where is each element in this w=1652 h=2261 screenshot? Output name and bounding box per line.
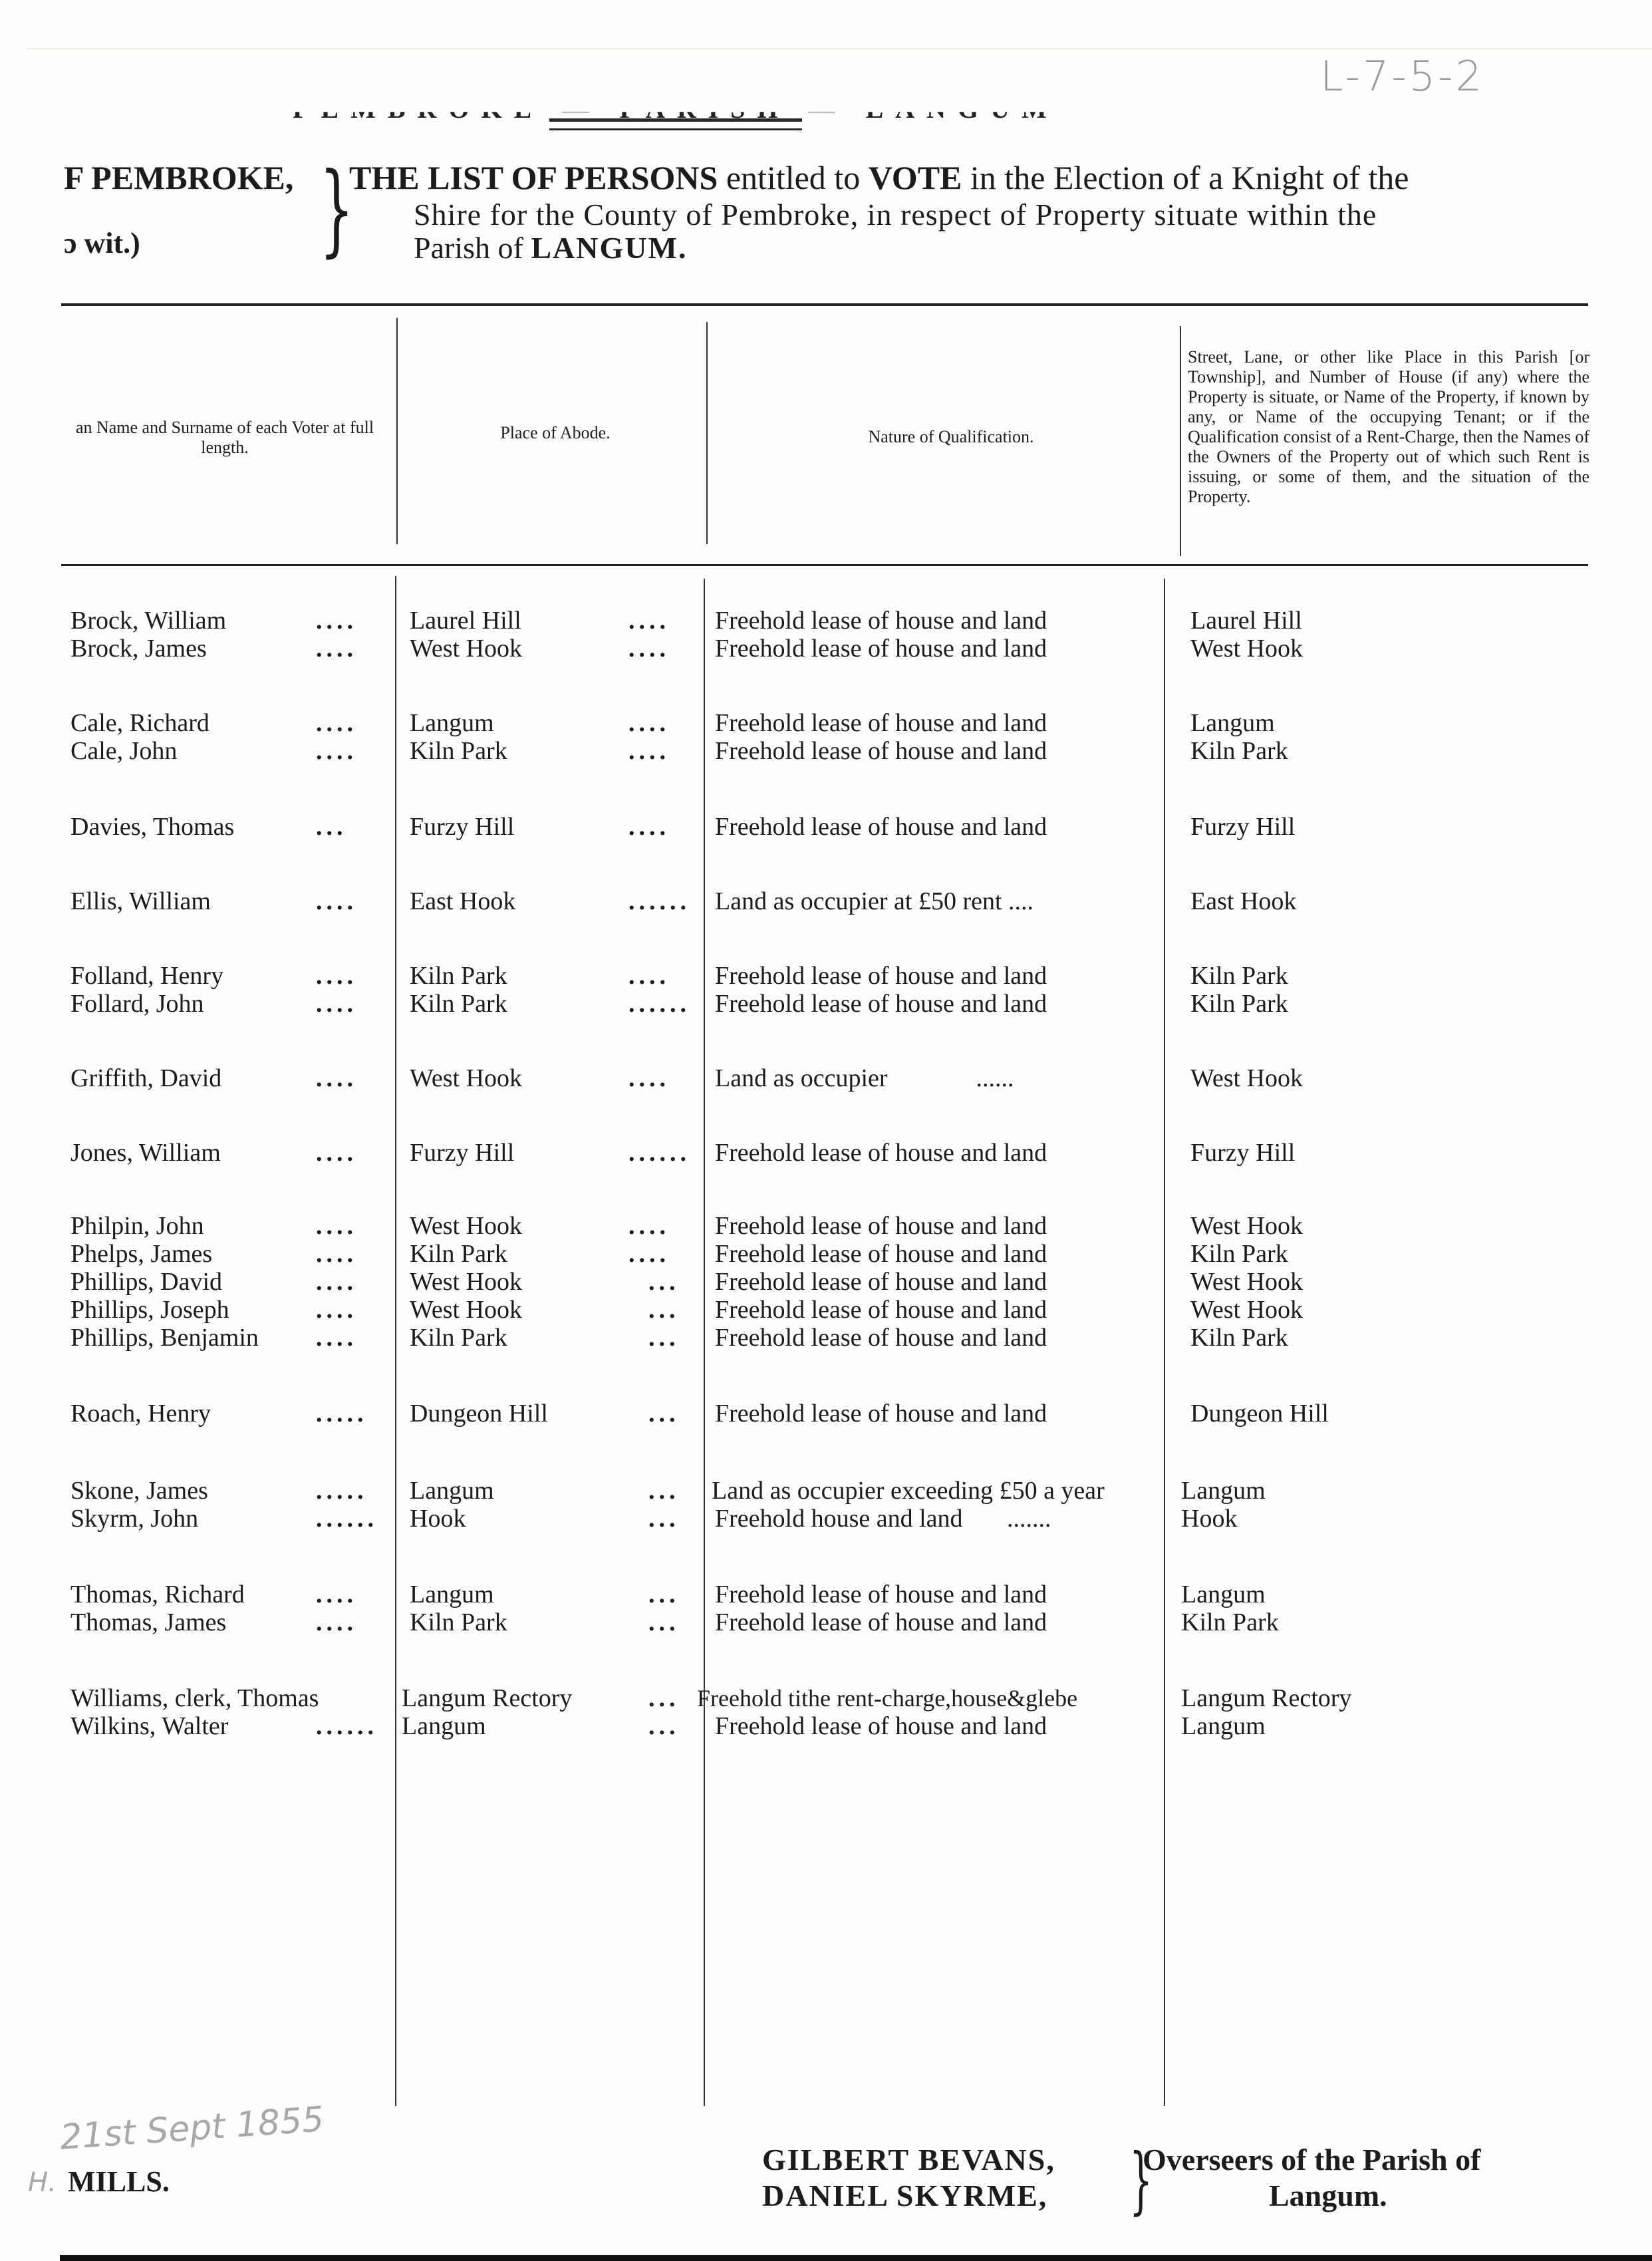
voter-name: Cale, John <box>70 737 177 765</box>
leader-dots: ... <box>648 1684 680 1712</box>
voter-property-place: West Hook <box>1190 1212 1303 1240</box>
leader-dots: ... <box>648 1400 680 1428</box>
leader-dots: .... <box>316 1608 357 1636</box>
voter-abode: Kiln Park <box>410 1608 507 1636</box>
leader-dots: ...... <box>316 1712 378 1740</box>
voter-abode: Hook <box>410 1505 466 1533</box>
voter-qualification: Freehold lease of house and land <box>715 1139 1047 1167</box>
voter-abode: West Hook <box>410 1064 522 1092</box>
voter-property-place: Kiln Park <box>1181 1608 1279 1636</box>
voter-property-place: Kiln Park <box>1190 1324 1288 1352</box>
voter-property-place: Kiln Park <box>1190 990 1288 1018</box>
voter-abode: West Hook <box>410 1268 522 1296</box>
leader-dots: ..... <box>316 1400 368 1428</box>
leader-dots: .... <box>628 709 670 737</box>
clerk-signature: MILLS. <box>68 2165 170 2198</box>
county-label: F PEMBROKE, <box>64 158 293 197</box>
voter-qualification: Freehold lease of house and land <box>715 607 1047 635</box>
leader-dots: ...... <box>628 1139 690 1167</box>
voter-abode: Laurel Hill <box>410 607 521 635</box>
column-header-name: an Name and Surname of each Voter at ful… <box>59 418 391 458</box>
voter-qualification: Freehold lease of house and land <box>715 635 1047 663</box>
leader-dots: .... <box>316 737 357 765</box>
pencil-date-annotation: 21st Sept 1855 <box>59 2099 325 2158</box>
voter-qualification: Freehold lease of house and land <box>715 737 1047 765</box>
voter-name: Davies, Thomas <box>70 813 234 841</box>
leader-dots: .... <box>316 1268 357 1296</box>
voter-name: Follard, John <box>70 990 204 1018</box>
leader-dots: .... <box>628 1064 670 1092</box>
leader-dots: .... <box>628 1212 670 1240</box>
voter-property-place: West Hook <box>1190 635 1303 663</box>
column-divider <box>1164 579 1165 2106</box>
leader-dots: .... <box>628 607 670 635</box>
voter-name: Skone, James <box>70 1477 208 1505</box>
column-divider <box>1180 326 1181 556</box>
voter-name: Thomas, Richard <box>70 1581 245 1608</box>
voter-property-place: Kiln Park <box>1190 962 1288 990</box>
column-divider <box>706 322 708 544</box>
leader-dots: .... <box>316 1064 357 1092</box>
voter-property-place: Dungeon Hill <box>1190 1400 1329 1428</box>
voter-qualification: Freehold lease of house and land <box>715 1712 1047 1740</box>
leader-dots: ... <box>648 1324 680 1352</box>
voter-abode: Kiln Park <box>410 1324 507 1352</box>
voter-property-place: Furzy Hill <box>1190 813 1295 841</box>
double-rule <box>549 118 802 130</box>
voter-name: Griffith, David <box>70 1064 221 1092</box>
voter-name: Thomas, James <box>70 1608 226 1636</box>
voter-property-place: Langum <box>1181 1712 1266 1740</box>
leader-dots: ..... <box>316 1477 368 1505</box>
title-line-1: THE LIST OF PERSONS entitled to VOTE in … <box>349 158 1409 197</box>
voter-property-place: Kiln Park <box>1190 737 1288 765</box>
leader-dots: ... <box>648 1477 680 1505</box>
leader-dots: .... <box>316 607 357 635</box>
leader-dots: ...... <box>316 1505 378 1533</box>
voter-name: Roach, Henry <box>70 1400 211 1428</box>
voter-abode: Langum <box>410 1477 494 1505</box>
voter-abode: West Hook <box>410 1296 522 1324</box>
leader-dots: ... <box>648 1296 680 1324</box>
leader-dots: .... <box>628 635 670 663</box>
voter-name: Brock, James <box>70 635 207 663</box>
voter-property-place: Furzy Hill <box>1190 1139 1295 1167</box>
voter-qualification: Freehold lease of house and land <box>715 1608 1047 1636</box>
voter-property-place: East Hook <box>1190 887 1296 915</box>
leader-dots: ... <box>648 1712 680 1740</box>
voter-name: Phillips, David <box>70 1268 222 1296</box>
column-header-qualification: Nature of Qualification. <box>758 427 1144 447</box>
voter-qualification: Freehold tithe rent-charge,house&glebe <box>697 1684 1077 1712</box>
voter-abode: Kiln Park <box>410 1240 507 1268</box>
title-vote: VOTE <box>869 159 962 196</box>
voter-name: Folland, Henry <box>70 962 223 990</box>
leader-dots: .... <box>316 1240 357 1268</box>
voter-qualification: Freehold lease of house and land <box>715 1400 1047 1428</box>
leader-dots: .... <box>628 962 670 990</box>
voter-abode: West Hook <box>410 635 522 663</box>
voter-property-place: Langum <box>1181 1581 1266 1608</box>
voter-abode: Dungeon Hill <box>410 1400 548 1428</box>
leader-dots: .... <box>316 1139 357 1167</box>
voter-qualification: Freehold lease of house and land <box>715 962 1047 990</box>
voter-property-place: Langum Rectory <box>1181 1684 1351 1712</box>
voter-qualification: Freehold lease of house and land <box>715 1240 1047 1268</box>
voter-qualification: Freehold lease of house and land <box>715 813 1047 841</box>
column-divider <box>395 576 396 2106</box>
archive-reference: L-7-5-2 <box>1320 52 1484 100</box>
voter-property-place: West Hook <box>1190 1296 1303 1324</box>
leader-dots: .... <box>316 887 357 915</box>
voter-name: Philpin, John <box>70 1212 204 1240</box>
column-divider <box>396 318 398 544</box>
page-edge <box>27 48 1652 49</box>
voter-qualification: Freehold lease of house and land <box>715 1324 1047 1352</box>
voter-name: Skyrm, John <box>70 1505 198 1533</box>
leader-dots: ...... <box>628 990 690 1018</box>
title-entitled: entitled to <box>718 159 868 196</box>
bottom-edge-bar <box>60 2255 1652 2261</box>
pencil-initial-annotation: H. <box>28 2167 57 2198</box>
voter-qualification: Land as occupier at £50 rent .... <box>715 887 1033 915</box>
voter-property-place: Hook <box>1181 1505 1237 1533</box>
voter-abode: Langum <box>402 1712 486 1740</box>
leader-dots: .... <box>316 1296 357 1324</box>
voter-abode: Furzy Hill <box>410 813 514 841</box>
leader-dots: .... <box>316 1581 357 1608</box>
voter-qualification: Freehold lease of house and land <box>715 1268 1047 1296</box>
leader-dots: .... <box>316 635 357 663</box>
voter-abode: Langum <box>410 709 494 737</box>
voter-qualification: Land as occupier exceeding £50 a year <box>712 1477 1105 1505</box>
voter-name: Phelps, James <box>70 1240 212 1268</box>
voter-name: Phillips, Joseph <box>70 1296 229 1324</box>
voter-abode: Kiln Park <box>410 962 507 990</box>
title-rest: in the Election of a Knight of the <box>962 159 1409 196</box>
voter-qualification: Freehold house and land ....... <box>715 1505 1051 1533</box>
title-parish-prefix: Parish of <box>414 231 531 265</box>
title-list-of-persons: THE LIST OF PERSONS <box>349 159 718 196</box>
voter-abode: Furzy Hill <box>410 1139 514 1167</box>
overseer-name-2: DANIEL SKYRME, <box>762 2178 1047 2213</box>
title-parish-name: LANGUM. <box>531 231 687 265</box>
voter-name: Jones, William <box>70 1139 221 1167</box>
voter-name: Williams, clerk, Thomas <box>70 1684 319 1712</box>
leader-dots: .... <box>628 1240 670 1268</box>
voter-qualification: Freehold lease of house and land <box>715 709 1047 737</box>
voter-abode: Kiln Park <box>410 990 507 1018</box>
overseers-label: Overseers of the Parish of <box>1143 2142 1480 2177</box>
leader-dots: .... <box>316 962 357 990</box>
leader-dots: .... <box>316 1324 357 1352</box>
header-bottom-rule <box>61 564 1588 566</box>
leader-dots: ... <box>316 813 347 841</box>
column-header-abode: Place of Abode. <box>426 423 685 443</box>
title-line-3: Parish of LANGUM. <box>414 230 687 265</box>
voter-abode: Langum Rectory <box>402 1684 572 1712</box>
voter-qualification: Freehold lease of house and land <box>715 1296 1047 1324</box>
voter-property-place: Laurel Hill <box>1190 607 1302 635</box>
column-header-street: Street, Lane, or other like Place in thi… <box>1188 347 1589 507</box>
voter-name: Wilkins, Walter <box>70 1712 228 1740</box>
voter-property-place: Kiln Park <box>1190 1240 1288 1268</box>
leader-dots: .... <box>316 990 357 1018</box>
title-line-2: Shire for the County of Pembroke, in res… <box>414 197 1377 232</box>
leader-dots: .... <box>316 1212 357 1240</box>
leader-dots: ...... <box>628 887 690 915</box>
voter-abode: East Hook <box>410 887 515 915</box>
leader-dots: ... <box>648 1268 680 1296</box>
header-top-rule <box>61 303 1588 306</box>
voter-qualification: Freehold lease of house and land <box>715 1581 1047 1608</box>
voter-name: Phillips, Benjamin <box>70 1324 259 1352</box>
leader-dots: .... <box>628 737 670 765</box>
voter-property-place: Langum <box>1190 709 1275 737</box>
voter-abode: Kiln Park <box>410 737 507 765</box>
overseer-name-1: GILBERT BEVANS, <box>762 2142 1055 2177</box>
voter-property-place: West Hook <box>1190 1064 1303 1092</box>
voter-name: Cale, Richard <box>70 709 209 737</box>
leader-dots: ... <box>648 1608 680 1636</box>
leader-dots: ... <box>648 1505 680 1533</box>
voter-property-place: West Hook <box>1190 1268 1303 1296</box>
voter-name: Brock, William <box>70 607 226 635</box>
overseers-parish: Langum. <box>1269 2178 1387 2213</box>
leader-dots: .... <box>628 813 670 841</box>
leader-dots: .... <box>316 709 357 737</box>
voter-qualification: Land as occupier ...... <box>715 1064 1014 1092</box>
voter-property-place: Langum <box>1181 1477 1266 1505</box>
voter-name: Ellis, William <box>70 887 211 915</box>
to-wit-label: ɔ wit.) <box>64 226 140 260</box>
column-divider <box>704 579 705 2106</box>
voter-abode: Langum <box>410 1581 494 1608</box>
voter-qualification: Freehold lease of house and land <box>715 1212 1047 1240</box>
leader-dots: ... <box>648 1581 680 1608</box>
voter-abode: West Hook <box>410 1212 522 1240</box>
voter-qualification: Freehold lease of house and land <box>715 990 1047 1018</box>
